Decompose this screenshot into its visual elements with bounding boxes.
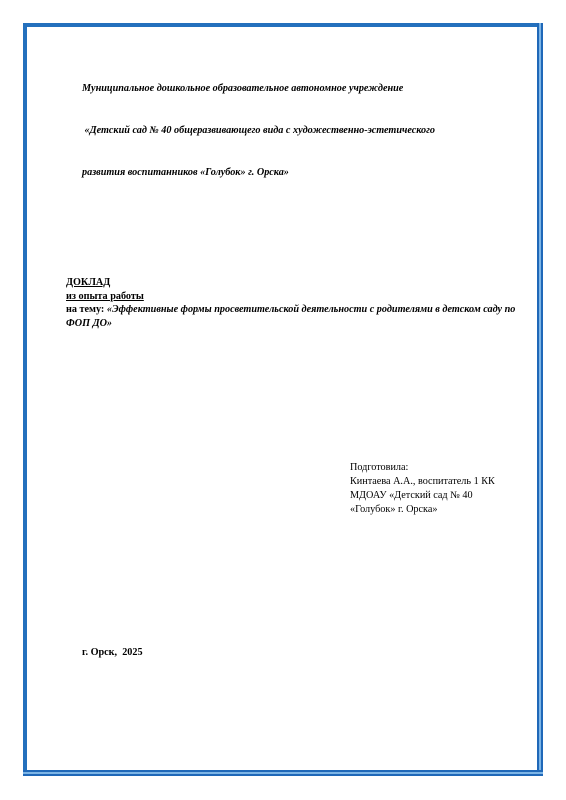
institution-header-line: развития воспитанников «Голубок» г. Орск… xyxy=(82,166,522,180)
page-border-right-double xyxy=(537,23,543,776)
signature-label: Подготовила: xyxy=(350,461,530,475)
page-border-bottom-double xyxy=(23,770,543,776)
institution-header-line: Муниципальное дошкольное образовательное… xyxy=(82,82,522,96)
report-title: ДОКЛАД xyxy=(66,276,516,290)
institution-header: Муниципальное дошкольное образовательное… xyxy=(82,54,522,194)
report-topic-text: «Эффективные формы просветительской деят… xyxy=(66,304,515,329)
city-year: г. Орск, 2025 xyxy=(82,646,143,660)
institution-header-line: «Детский сад № 40 общеразвивающего вида … xyxy=(82,124,522,138)
report-title-block: ДОКЛАД из опыта работы на тему: «Эффекти… xyxy=(66,276,516,330)
author-signature-block: Подготовила: Кинтаева А.А., воспитатель … xyxy=(350,461,530,517)
author-organization-city: «Голубок» г. Орска» xyxy=(350,503,530,517)
author-name: Кинтаева А.А., воспитатель 1 КК xyxy=(350,475,530,489)
report-subtitle: из опыта работы xyxy=(66,290,516,304)
author-organization: МДОАУ «Детский сад № 40 xyxy=(350,489,530,503)
report-topic-prefix: на тему: xyxy=(66,304,107,315)
report-topic: на тему: «Эффективные формы просветитель… xyxy=(66,303,516,330)
